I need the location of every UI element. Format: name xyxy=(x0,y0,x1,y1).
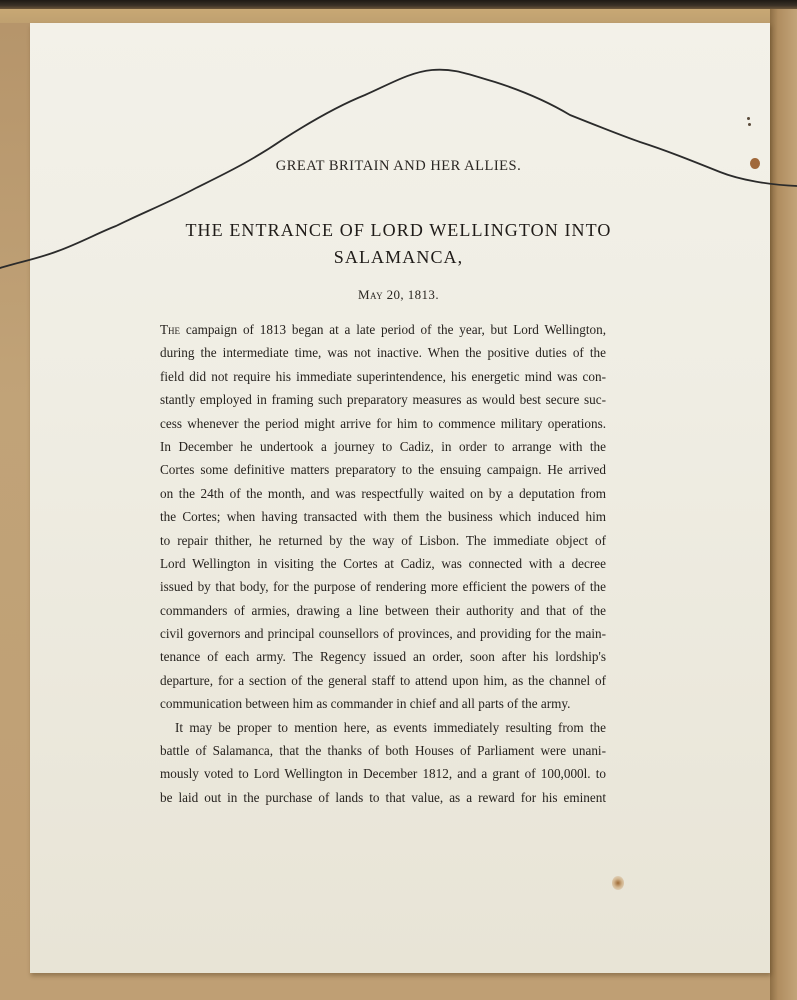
text-line: civil governors and principal counsellor… xyxy=(160,622,606,645)
text-line: It may be proper to mention here, as eve… xyxy=(160,716,606,739)
text-line: Lord Wellington in visiting the Cortes a… xyxy=(160,552,606,575)
body-text: The campaign of 1813 began at a late per… xyxy=(160,318,606,809)
article-title: THE ENTRANCE OF LORD WELLINGTON INTO SAL… xyxy=(0,217,797,271)
text-line: stantly employed in framing such prepara… xyxy=(160,388,606,411)
frame-edge xyxy=(0,0,797,9)
foxing-stain xyxy=(612,876,624,890)
text-line: tenance of each army. The Regency issued… xyxy=(160,645,606,668)
text-line: during the intermediate time, was not in… xyxy=(160,341,606,364)
text-line: Cortes some definitive matters preparato… xyxy=(160,458,606,481)
ink-speck xyxy=(747,117,750,120)
lead-word: The xyxy=(160,322,180,337)
text-line: In December he undertook a journey to Ca… xyxy=(160,435,606,458)
title-line: THE ENTRANCE OF LORD WELLINGTON INTO xyxy=(0,217,797,244)
text-line: issued by that body, for the purpose of … xyxy=(160,575,606,598)
text-line: commanders of armies, drawing a line bet… xyxy=(160,599,606,622)
text-line: to repair thither, he returned by the wa… xyxy=(160,529,606,552)
text-line: the Cortes; when having transacted with … xyxy=(160,505,606,528)
date-text: May 20, 1813. xyxy=(358,287,439,302)
text-line: mously voted to Lord Wellington in Decem… xyxy=(160,762,606,785)
mat-top-band xyxy=(0,9,797,23)
text-line: cess whenever the period might arrive fo… xyxy=(160,412,606,435)
article-date: May 20, 1813. xyxy=(0,287,797,303)
text-line: departure, for a section of the general … xyxy=(160,669,606,692)
running-head: GREAT BRITAIN AND HER ALLIES. xyxy=(0,158,797,175)
text-line: battle of Salamanca, that the thanks of … xyxy=(160,739,606,762)
text-line: The campaign of 1813 began at a late per… xyxy=(160,318,606,341)
ink-speck xyxy=(748,123,751,126)
text-line: on the 24th of the month, and was respec… xyxy=(160,482,606,505)
text-line: field did not require his immediate supe… xyxy=(160,365,606,388)
title-line: SALAMANCA, xyxy=(0,244,797,271)
text-line: be laid out in the purchase of lands to … xyxy=(160,786,606,809)
text-line: communication between him as commander i… xyxy=(160,692,606,715)
